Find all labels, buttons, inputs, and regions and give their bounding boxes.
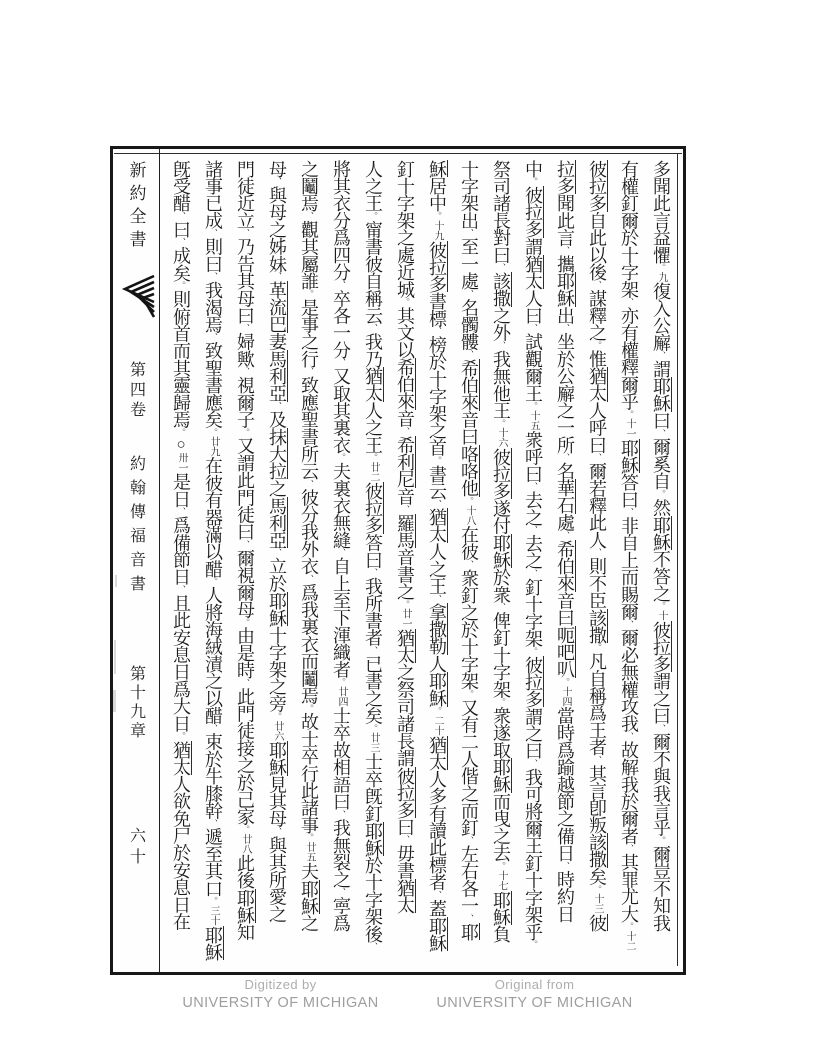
punctuation-mark: 、: [432, 891, 442, 900]
punctuation-mark: 、: [336, 358, 346, 367]
punctuation-mark: 、: [656, 429, 666, 438]
punctuation-mark: 。: [304, 289, 314, 298]
punctuation-mark: 。: [528, 402, 538, 411]
text-columns: 多聞此言益懼。九復入公廨、謂耶穌曰、爾奚自。然耶穌不答之。十彼拉多謂之曰、爾不與…: [160, 149, 683, 972]
proper-name: 猶太: [171, 741, 192, 775]
fishtail-ornament-icon: [116, 273, 156, 319]
punctuation-mark: 、: [176, 212, 186, 221]
verse-number: 十三: [592, 894, 603, 914]
text-column: 穌居中。十九彼拉多書標、榜於十字架之首。書云、猶太人之王、拿撒勒人耶穌。二十猶太…: [421, 160, 452, 965]
punctuation-mark: 、: [208, 229, 218, 238]
watermark-text: Original from: [432, 977, 637, 992]
punctuation-mark: 。: [240, 618, 250, 627]
punctuation-mark: 、: [272, 548, 282, 557]
punctuation-mark: 、: [624, 620, 634, 629]
proper-name: 彼拉多: [363, 482, 384, 534]
punctuation-mark: 。: [432, 456, 442, 465]
punctuation-mark: 、: [240, 324, 250, 333]
verse-number: 十七: [496, 871, 507, 891]
punctuation-mark: 。: [368, 212, 378, 221]
verse-number: 廿四: [336, 687, 347, 707]
punctuation-mark: 。: [176, 428, 186, 437]
proper-name: 彼拉多: [523, 186, 544, 238]
punctuation-mark: 、: [592, 548, 602, 557]
proper-name: 耶穌: [651, 516, 672, 550]
punctuation-mark: 、: [528, 569, 538, 578]
proper-name: 耶穌: [491, 534, 512, 568]
punctuation-mark: 、: [592, 280, 602, 289]
punctuation-mark: 、: [304, 212, 314, 221]
verse-number: 十二: [624, 931, 635, 951]
punctuation-mark: 。: [624, 410, 634, 419]
text-column: 母、與母之姊妹、革流巴妻馬利亞、及抹大拉之馬利亞、立於耶穌十字架之旁。廿六耶穌見…: [261, 160, 292, 965]
proper-name: 彼拉多: [523, 656, 544, 708]
verse-number: 廿三: [368, 733, 379, 753]
punctuation-mark: 。: [656, 489, 666, 498]
proper-name: 耶: [459, 923, 480, 940]
proper-name: 彼拉多: [651, 621, 672, 673]
punctuation-mark: 、: [272, 177, 282, 186]
text-column: 諸事已成、則曰、我渴焉、致聖書應矣。廿九在彼有器滿以醋。人將海絨漬之以醋、束於牛…: [197, 160, 228, 965]
punctuation-mark: 、: [400, 505, 410, 514]
proper-name: 猶太: [523, 255, 544, 289]
text-column: 多聞此言益懼。九復入公廨、謂耶穌曰、爾奚自。然耶穌不答之。十彼拉多謂之曰、爾不與…: [645, 160, 676, 965]
section-circle: ○: [173, 437, 189, 453]
punctuation-mark: 、: [304, 367, 314, 376]
proper-name: 猶太: [427, 508, 448, 542]
proper-name: 耶穌: [203, 926, 224, 960]
proper-name: 馬利亞: [267, 350, 288, 402]
verse-number: 十八: [464, 506, 475, 526]
verse-number: 十六: [496, 428, 507, 448]
punctuation-mark: 。: [176, 732, 186, 741]
punctuation-mark: 。: [272, 712, 282, 721]
punctuation-mark: 。: [432, 212, 442, 221]
punctuation-mark: 、: [272, 272, 282, 281]
proper-name: 猶太: [395, 629, 416, 663]
punctuation-mark: 、: [368, 324, 378, 333]
proper-name: 呃吧叭: [555, 626, 576, 678]
punctuation-mark: 、: [368, 646, 378, 655]
punctuation-mark: 、: [208, 333, 218, 342]
watermark-text: UNIVERSITY OF MICHIGAN: [432, 995, 637, 1011]
proper-name: 彼拉多: [395, 767, 416, 819]
punctuation-mark: 。: [336, 453, 346, 462]
punctuation-mark: 、: [176, 238, 186, 247]
punctuation-mark: 、: [656, 724, 666, 733]
punctuation-mark: 、: [304, 479, 314, 488]
punctuation-mark: 、: [336, 280, 346, 289]
punctuation-mark: 、: [656, 351, 666, 360]
text-column: 彼拉多自此以後、謀釋之。惟猶太人呼曰、爾若釋此人、則不臣該撒。凡自稱爲王者、其言…: [581, 160, 612, 965]
punctuation-mark: 、: [624, 508, 634, 517]
punctuation-mark: 。: [656, 836, 666, 845]
verse-number: 十四: [560, 687, 571, 707]
verse-number: 廿五: [304, 842, 315, 862]
scanned-book-page: 新約全書 第四卷 約翰傳福音書 第十九章 六十 多聞此言益懼。九復入公廨、謂耶穌…: [110, 146, 686, 975]
punctuation-mark: 。: [336, 678, 346, 687]
proper-name: 拉多: [555, 160, 576, 194]
watermark-original-from: Original from UNIVERSITY OF MICHIGAN: [432, 977, 637, 1011]
punctuation-mark: 、: [272, 402, 282, 411]
proper-name: 華石: [555, 479, 576, 513]
text-column: 祭司諸長對曰、該撒之外、我無他王。十六彼拉多遂付耶穌於衆、俾釘十字架。衆遂取耶穌…: [485, 160, 516, 965]
punctuation-mark: 、: [432, 327, 442, 336]
punctuation-mark: 、: [368, 568, 378, 577]
verse-number: 三十: [208, 906, 219, 926]
proper-name: 彼拉多: [587, 160, 608, 212]
proper-name: 耶穌: [235, 889, 256, 923]
verse-number: 廿九: [208, 437, 219, 457]
proper-name: 革流巴: [267, 281, 288, 333]
text-column: 將其衣分爲四分、卒各一分、又取其裏衣。夫裏衣無縫、自上至下渾織者。廿四士卒故相語…: [325, 160, 356, 965]
punctuation-mark: 。: [368, 453, 378, 462]
punctuation-mark: 。: [528, 177, 538, 186]
proper-name: 猶太: [363, 367, 384, 401]
punctuation-mark: 。: [496, 862, 506, 871]
proper-name: 彼: [587, 914, 608, 931]
proper-name: 耶穌: [427, 672, 448, 706]
punctuation-mark: 。: [464, 689, 474, 698]
punctuation-mark: 、: [560, 324, 570, 333]
punctuation-mark: 。: [432, 707, 442, 716]
punctuation-mark: 。: [400, 600, 410, 609]
punctuation-mark: 。: [208, 428, 218, 437]
proper-name: 希伯來: [459, 359, 480, 411]
proper-name: 咯咯他: [459, 445, 480, 497]
verse-number: 卅一: [176, 453, 187, 473]
proper-name: 彼拉多: [491, 448, 512, 500]
proper-name: 耶穌: [651, 377, 672, 411]
punctuation-mark: 、: [496, 341, 506, 350]
punctuation-mark: 、: [336, 810, 346, 819]
punctuation-mark: 。: [496, 698, 506, 707]
verse-number: 廿二: [368, 462, 379, 482]
punctuation-mark: 。: [464, 497, 474, 506]
text-column: 人之王。甯書彼自稱云、我乃猶太人之王。廿二彼拉多答曰、我所書者、已書之矣。廿三士…: [357, 160, 388, 965]
punctuation-mark: 。: [304, 704, 314, 713]
proper-name: 耶穌: [299, 880, 320, 914]
punctuation-mark: 。: [240, 825, 250, 834]
verse-number: 十九: [432, 221, 443, 241]
text-column: 十字架出、至一處、名髑髏、希伯來音曰咯咯他。十八在彼、衆釘之於十字架。又有二人偕…: [453, 160, 484, 965]
punctuation-mark: 、: [208, 272, 218, 281]
verse-number: 九: [656, 272, 667, 282]
punctuation-mark: 、: [592, 756, 602, 765]
proper-name: 拿撒勒: [427, 603, 448, 655]
text-column: 之鬮焉、觀其屬誰。是事之行、致應聖書所云、彼分我外衣、爲我裏衣而鬮焉。故士卒行此…: [293, 160, 324, 965]
watermark-digitized-by: Digitized by UNIVERSITY OF MICHIGAN: [178, 977, 383, 1011]
punctuation-mark: 、: [464, 914, 474, 923]
punctuation-mark: 、: [368, 942, 378, 951]
proper-name: 希伯來: [555, 540, 576, 592]
punctuation-mark: 、: [208, 819, 218, 828]
proper-name: 猶太: [427, 736, 448, 770]
punctuation-mark: 。: [208, 897, 218, 906]
text-column: 拉多聞此言、攜耶穌出、坐於公廨之一所、名華石處、希伯來音曰呃吧叭。十四當時爲踰越…: [549, 160, 580, 965]
book-title: 新約全書: [124, 161, 149, 253]
punctuation-mark: 。: [240, 428, 250, 437]
punctuation-mark: 。: [528, 940, 538, 949]
proper-name: 耶穌: [491, 891, 512, 925]
punctuation-mark: 、: [560, 246, 570, 255]
punctuation-mark: 、: [464, 836, 474, 845]
scan-artifact: [115, 575, 117, 587]
punctuation-mark: 、: [464, 229, 474, 238]
punctuation-mark: 、: [400, 427, 410, 436]
verse-number: 十: [656, 611, 667, 621]
punctuation-mark: 。: [656, 263, 666, 272]
verse-number: 二十: [432, 716, 443, 736]
punctuation-mark: 、: [528, 759, 538, 768]
verse-number: 十一: [624, 419, 635, 439]
punctuation-mark: 。: [624, 922, 634, 931]
proper-name: 羅馬: [395, 514, 416, 548]
scan-artifact: [113, 690, 116, 712]
punctuation-mark: 、: [336, 548, 346, 557]
chapter-label: 第十九章: [125, 665, 148, 741]
punctuation-mark: 、: [528, 482, 538, 491]
punctuation-mark: 、: [176, 585, 186, 594]
punctuation-mark: 。: [400, 298, 410, 307]
proper-name: 馬利亞: [267, 497, 288, 549]
watermark-text: Digitized by: [178, 977, 383, 992]
punctuation-mark: 、: [304, 574, 314, 583]
punctuation-mark: 、: [624, 732, 634, 741]
punctuation-mark: 、: [400, 835, 410, 844]
page-inner: 新約全書 第四卷 約翰傳福音書 第十九章 六十 多聞此言益懼。九復入公廨、謂耶穌…: [113, 149, 683, 972]
punctuation-mark: 、: [528, 526, 538, 535]
proper-name: 希利尼: [395, 436, 416, 488]
proper-name: 耶穌: [619, 439, 640, 473]
punctuation-mark: 、: [464, 560, 474, 569]
page-number: 六十: [125, 827, 148, 869]
text-column: 中。彼拉多謂猶太人曰、試觀爾王。十五衆呼曰、去之、去之、釘十字架。彼拉多謂之曰、…: [517, 160, 548, 965]
proper-name: 猶太: [587, 367, 608, 401]
punctuation-mark: 、: [592, 453, 602, 462]
gospel-title: 約翰傳福音書: [125, 455, 148, 599]
punctuation-mark: 、: [560, 531, 570, 540]
text-column: 釘十字架之處近城。其文以希伯來音、希利尼音、羅馬音書之。廿一猶太之祭司諸長謂彼拉…: [389, 160, 420, 965]
proper-name: 彼拉多: [427, 241, 448, 293]
punctuation-mark: 、: [208, 724, 218, 733]
proper-name: 耶穌: [491, 758, 512, 792]
proper-name: 該撒: [587, 833, 608, 867]
punctuation-mark: 。: [176, 281, 186, 290]
proper-name: 耶穌: [555, 272, 576, 306]
proper-name: 該撒: [491, 272, 512, 306]
punctuation-mark: 、: [464, 350, 474, 359]
verse-number: 廿八: [240, 834, 251, 854]
punctuation-mark: 。: [592, 885, 602, 894]
punctuation-mark: 。: [656, 602, 666, 611]
watermark-text: UNIVERSITY OF MICHIGAN: [178, 995, 383, 1011]
proper-name: 耶穌: [363, 822, 384, 856]
proper-name: 耶穌: [427, 917, 448, 951]
punctuation-mark: 、: [336, 888, 346, 897]
proper-name: 抹大拉: [267, 428, 288, 480]
text-column: 旣受醋、曰、成矣。則俯首而其靈歸焉。○卅一是日、爲備節日、且此安息日爲大日。猶太…: [165, 160, 196, 965]
proper-name: 耶穌: [267, 741, 288, 775]
punctuation-mark: 、: [528, 324, 538, 333]
volume-label: 第四卷: [125, 361, 148, 421]
punctuation-mark: 。: [528, 647, 538, 656]
punctuation-mark: 、: [560, 862, 570, 871]
margin-column: 新約全書 第四卷 約翰傳福音書 第十九章 六十: [113, 149, 160, 972]
proper-name: 該撒: [587, 609, 608, 643]
verse-number: 十五: [528, 411, 539, 431]
punctuation-mark: 、: [240, 678, 250, 687]
verse-number: 廿六: [272, 721, 283, 741]
punctuation-mark: 、: [496, 603, 506, 612]
punctuation-mark: 、: [240, 540, 250, 549]
proper-name: 耶穌: [267, 592, 288, 626]
punctuation-mark: 。: [560, 678, 570, 687]
punctuation-mark: 、: [560, 453, 570, 462]
scan-artifact: [114, 640, 116, 674]
proper-name: 猶太: [395, 879, 416, 913]
punctuation-mark: 、: [176, 507, 186, 516]
punctuation-mark: 。: [304, 833, 314, 842]
punctuation-mark: 、: [624, 298, 634, 307]
punctuation-mark: 。: [496, 419, 506, 428]
punctuation-mark: 、: [496, 263, 506, 272]
verse-number: 廿一: [400, 609, 411, 629]
punctuation-mark: 。: [592, 341, 602, 350]
punctuation-mark: 、: [240, 367, 250, 376]
punctuation-mark: 。: [592, 643, 602, 652]
text-column: 有權釘爾於十字架、亦有權釋爾乎。十一耶穌答曰、非自上而賜爾、爾必無權攻我、故解我…: [613, 160, 644, 965]
punctuation-mark: 。: [368, 724, 378, 733]
punctuation-mark: 、: [464, 289, 474, 298]
punctuation-mark: 、: [240, 229, 250, 238]
proper-name: 穌: [427, 160, 448, 177]
punctuation-mark: 、: [624, 844, 634, 853]
punctuation-mark: 、: [272, 827, 282, 836]
punctuation-mark: 。: [208, 577, 218, 586]
proper-name: 希伯來: [395, 358, 416, 410]
text-column: 門徒近立、乃告其母曰、婦歟、視爾子。又謂此門徒曰、爾視爾母。由是時、此門徒接之於…: [229, 160, 260, 965]
